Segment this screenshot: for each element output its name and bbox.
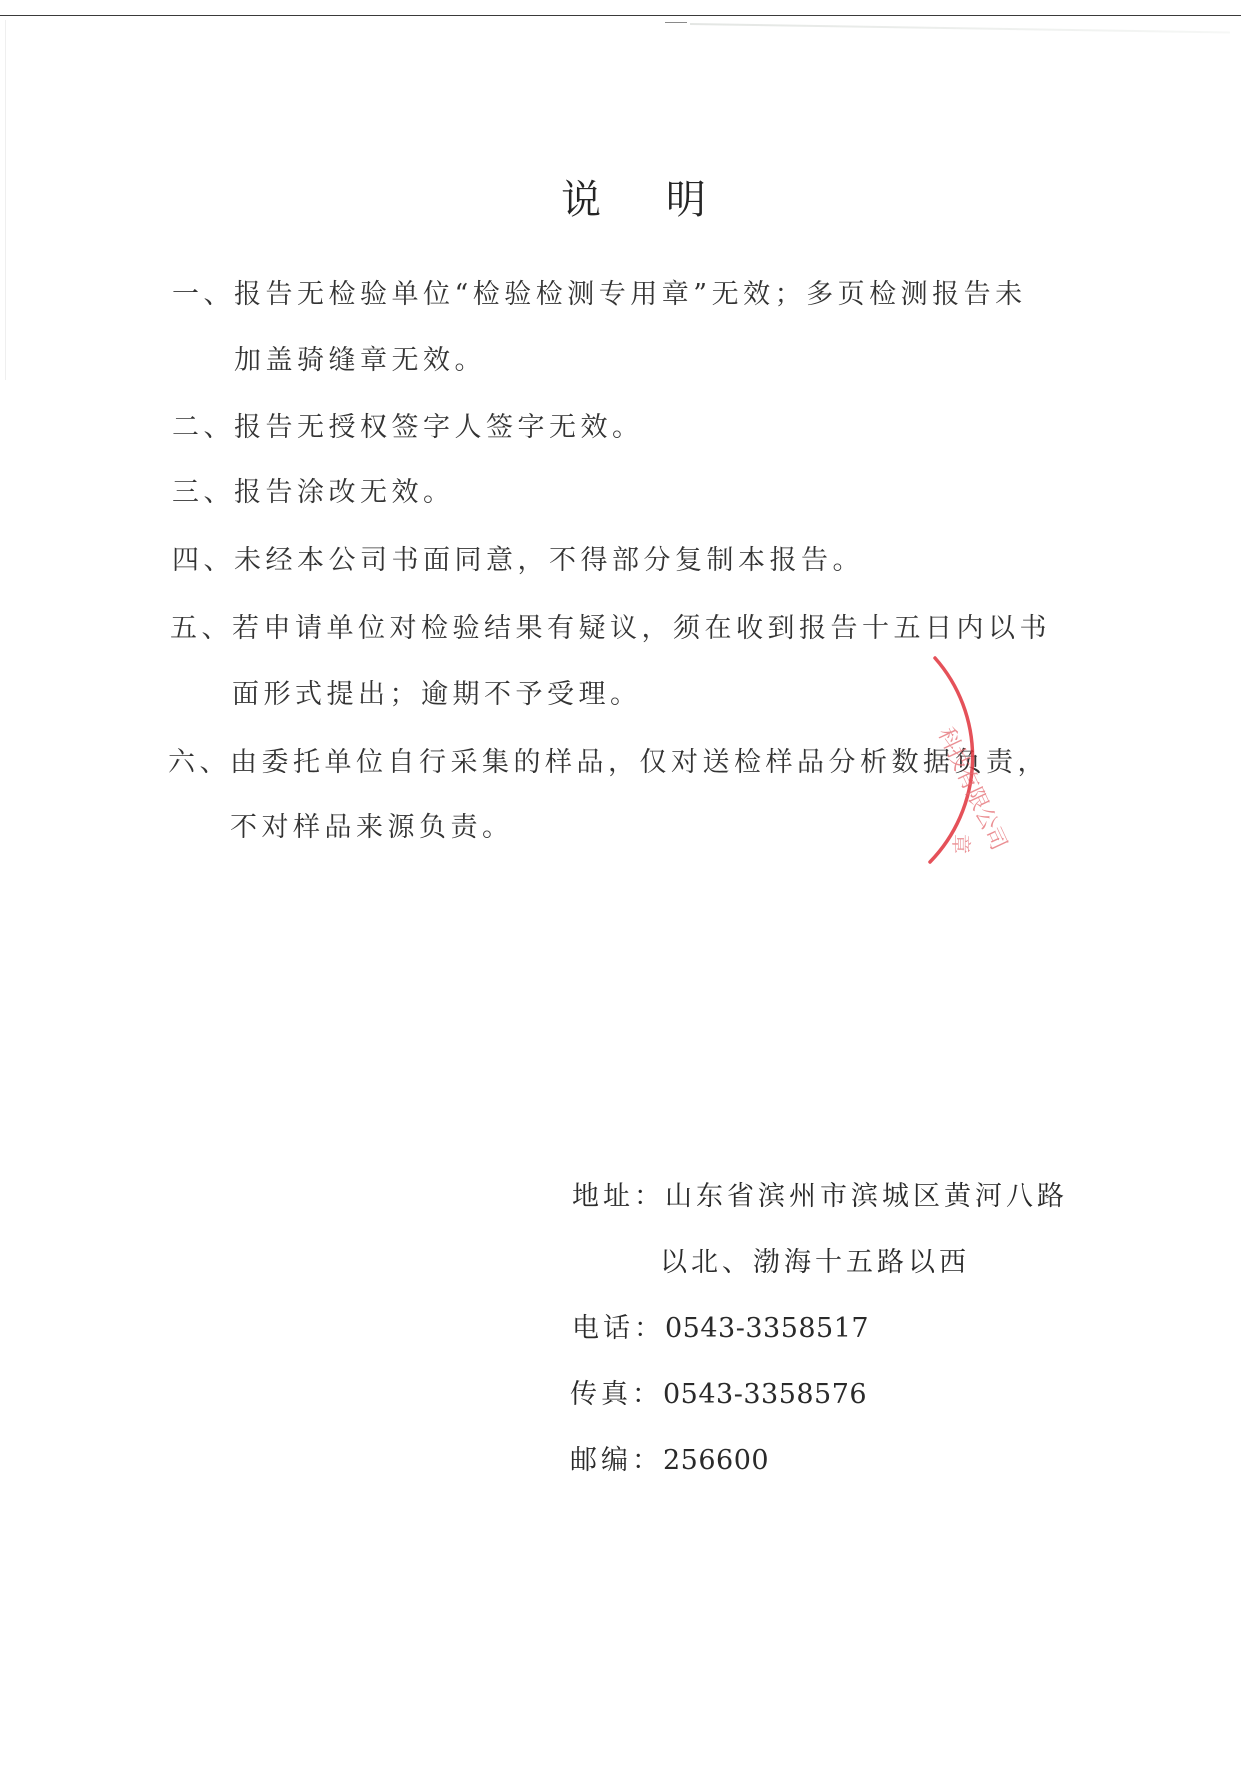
fax-line: 传真：0543-3358576 xyxy=(570,1372,867,1411)
postcode-value: 256600 xyxy=(663,1445,769,1476)
fax-value: 0543-3358576 xyxy=(663,1379,867,1410)
address-line-2: 以北、渤海十五路以西 xyxy=(660,1240,970,1279)
address-line-1: 地址：山东省滨州市滨城区黄河八路 xyxy=(572,1174,1068,1213)
clause-4: 四、未经本公司书面同意，不得部分复制本报告。 xyxy=(172,538,864,577)
clause-5-continuation: 面形式提出；逾期不予受理。 xyxy=(232,672,642,711)
clause-number: 六、 xyxy=(168,740,230,779)
clause-number: 五、 xyxy=(170,606,232,645)
clause-text: 报告涂改无效。 xyxy=(234,477,455,508)
phone-line: 电话：0543-3358517 xyxy=(572,1306,869,1345)
clause-6-continuation: 不对样品来源负责。 xyxy=(230,805,514,844)
clause-text: 未经本公司书面同意，不得部分复制本报告。 xyxy=(234,545,864,576)
scan-artifact-streak xyxy=(690,23,1230,33)
address-value: 山东省滨州市滨城区黄河八路 xyxy=(665,1181,1068,1212)
clause-number: 二、 xyxy=(172,405,234,444)
clause-text: 若申请单位对检验结果有疑议，须在收到报告十五日内以书 xyxy=(232,613,1051,644)
clause-1-continuation: 加盖骑缝章无效。 xyxy=(234,338,486,377)
scan-artifact-mark xyxy=(665,22,687,23)
clause-text: 报告无检验单位“检验检测专用章”无效；多页检测报告未 xyxy=(234,279,1027,310)
clause-1: 一、报告无检验单位“检验检测专用章”无效；多页检测报告未 xyxy=(172,272,1027,311)
clause-text: 报告无授权签字人签字无效。 xyxy=(234,412,644,443)
clause-5: 五、若申请单位对检验结果有疑议，须在收到报告十五日内以书 xyxy=(170,606,1051,645)
clause-number: 一、 xyxy=(172,272,234,311)
clause-6: 六、由委托单位自行采集的样品，仅对送检样品分析数据负责， xyxy=(168,740,1049,779)
phone-value: 0543-3358517 xyxy=(665,1313,869,1344)
top-border-line xyxy=(0,15,1241,16)
postcode-line: 邮编：256600 xyxy=(570,1438,769,1477)
address-label: 地址： xyxy=(572,1181,665,1212)
page-title: 说 明 xyxy=(0,168,1241,225)
clause-text: 由委托单位自行采集的样品，仅对送检样品分析数据负责， xyxy=(230,747,1049,778)
clause-number: 三、 xyxy=(172,470,234,509)
postcode-label: 邮编： xyxy=(570,1445,663,1476)
fax-label: 传真： xyxy=(570,1379,663,1410)
clause-2: 二、报告无授权签字人签字无效。 xyxy=(172,405,644,444)
clause-3: 三、报告涂改无效。 xyxy=(172,470,455,509)
clause-number: 四、 xyxy=(172,538,234,577)
seal-bottom-char: 章 xyxy=(949,834,973,854)
phone-label: 电话： xyxy=(572,1313,665,1344)
